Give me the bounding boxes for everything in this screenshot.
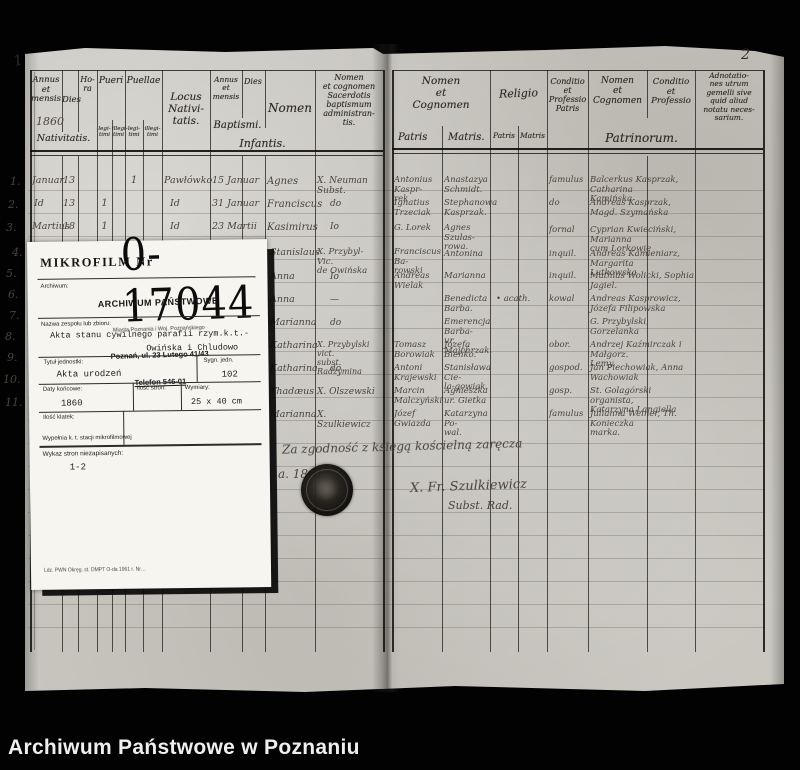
header-rule — [30, 150, 383, 152]
row-number: 8. — [5, 331, 16, 343]
header-patris: Patris — [398, 132, 427, 143]
header-rule — [30, 155, 383, 156]
column-line — [588, 70, 589, 652]
cell-locus: Id — [170, 199, 209, 210]
header-nativitatis: Nativitatis. — [30, 134, 97, 145]
cell-puella: 1 — [125, 175, 143, 186]
archive-caption: Archiwum Państwowe w Poznaniu — [8, 736, 360, 760]
cell-conditio: famulus — [549, 176, 587, 186]
header-adnotationes: Adnotatio- nes utrum gemelli sive quid a… — [695, 72, 763, 122]
microfilm-card: MIKROFILM Nr 0-17044 Archiwum: ARCHIWUM … — [27, 239, 271, 590]
cell-nomen: Marianna — [270, 410, 314, 421]
cell-mater: Marianna — [444, 272, 489, 282]
cell-pater: Tomasz Borowiak — [394, 341, 441, 360]
cell-pater: Antoni Krajewski — [394, 364, 441, 383]
column-line — [442, 126, 443, 652]
cell-mater: Antonina — [444, 250, 489, 260]
cell-mater: Anastazya Schmidt. — [444, 176, 489, 195]
header-annus-mensis: Annus et mensis — [30, 76, 62, 105]
cell-mensis: Januar — [32, 176, 62, 187]
cell-sacerdos: do — [330, 364, 380, 374]
cell-sacerdos: do — [330, 199, 380, 209]
header-illegitimi: illegi- timi — [143, 126, 162, 138]
header-nomen-cognomen: Nomen et Cognomen — [392, 76, 490, 111]
header-bapt-annus: Annus et mensis — [210, 76, 242, 101]
cell-nomen: Agnes — [267, 176, 314, 187]
header-conditio-patris: Conditio et Professio Patris — [547, 78, 588, 114]
cell-nomen: Katharina — [270, 364, 314, 375]
header-rel-matris: Matris — [520, 132, 545, 140]
column-line — [392, 70, 394, 652]
cell-dies: 18 — [63, 222, 78, 233]
header-locus: Locus Nativi- tatis. — [162, 92, 210, 127]
card-stamp-line: ARCHIWUM PAŃSTWOWE — [75, 295, 241, 310]
row-number: 5. — [6, 268, 17, 280]
row-number: 7. — [9, 310, 20, 322]
row-number: 3. — [6, 222, 17, 234]
header-nomen-cognomen-patrinorum: Nomen et Cognomen — [588, 76, 647, 106]
card-sygn-label: Sygn. jedn. — [203, 357, 233, 364]
column-line — [695, 70, 696, 652]
card-wymiary-label: Wymiary: — [185, 385, 210, 392]
row-number: 2. — [8, 199, 19, 211]
cell-pater: Ignatius Trzeciak — [394, 199, 441, 218]
cell-dies: 13 — [63, 199, 78, 210]
cell-mater: Benedicta Barba. — [444, 295, 489, 314]
header-pueri: Pueri — [97, 76, 125, 86]
cell-sacerdos: X. Neuman Subst. — [317, 176, 381, 196]
card-daty-label: Daty końcowe: — [43, 386, 82, 393]
row-number: 10. — [3, 374, 21, 386]
cell-pater: Józef Gwiazda — [394, 410, 441, 429]
cell-conditio: gosp. — [549, 387, 587, 397]
cell-nomen: Thadæus — [270, 387, 314, 398]
cell-conditio: inquil. — [549, 250, 587, 260]
header-dies: Dies — [62, 96, 81, 106]
cell-nomen: Stanislaus — [270, 248, 314, 259]
cell-nomen: Marianna — [270, 318, 314, 329]
column-line — [265, 70, 266, 128]
cell-mensis: Martius — [32, 222, 62, 233]
cell-baptismi: 15 Januar — [212, 176, 264, 187]
header-illegitimi: illegi- timi — [112, 126, 125, 138]
header-sacerdos: Nomen et cognomen Sacerdotis baptismum a… — [315, 74, 383, 128]
cell-patrini: Jan Piechowiak, Anna Wachowiak — [590, 364, 694, 383]
header-rule — [392, 153, 763, 154]
card-wykaz-value: 1-2 — [70, 462, 86, 473]
row-number: 6. — [8, 289, 19, 301]
table-top-rule — [30, 70, 383, 71]
cell-puer: 1 — [97, 221, 112, 232]
card-tytul-value: Akta urodzeń — [57, 369, 122, 380]
cell-sacerdos: Io — [330, 222, 380, 232]
cell-dies: 13 — [63, 176, 78, 187]
cell-nomen: Katharina — [270, 341, 314, 352]
header-nomen: Nomen — [265, 102, 315, 115]
column-line — [383, 70, 385, 652]
column-line — [547, 70, 548, 652]
column-line — [518, 126, 519, 652]
card-wypelnia-label: Wypełnia k. t. stacji mikrofilmowej — [42, 435, 131, 443]
archive-scan-viewer: 1 2 Annus et mensis 1860 Dies Ho- ra Nat… — [0, 0, 800, 770]
cell-conditio: obor. — [549, 341, 587, 351]
cell-mater: Katarzyna Po- wal. — [444, 410, 489, 439]
header-infantis: Infantis. — [210, 138, 315, 150]
cell-pater: Marcin Malczyński — [394, 387, 441, 406]
card-nazwa-label: Nazwa zespołu lub zbioru: — [41, 321, 111, 329]
cell-sacerdos: — — [330, 295, 380, 305]
card-tytul-label: Tytuł jednostki: — [43, 359, 83, 366]
cell-nomen: Franciscus — [267, 199, 314, 210]
card-ilosc-stron-label: Ilość stron: — [137, 385, 166, 392]
cell-religio: • acath. — [496, 295, 546, 305]
cell-mater: Józefa Bieńko. — [444, 341, 489, 360]
row-number: 4. — [12, 247, 23, 259]
row-number: 1. — [10, 176, 21, 188]
wax-seal — [301, 464, 353, 516]
cell-conditio: kowal — [549, 295, 587, 305]
column-line — [242, 70, 243, 118]
card-rule — [39, 409, 261, 413]
column-line — [490, 70, 491, 652]
cell-sacerdos: X. Szulkiewicz — [317, 410, 381, 430]
card-sygn-value: 102 — [222, 369, 238, 380]
cell-mensis: Id — [34, 199, 62, 210]
cell-conditio: gospod. — [549, 364, 587, 374]
cell-sacerdos: Io — [330, 272, 380, 282]
column-line — [315, 70, 316, 652]
header-conditio-patrinorum: Conditio et Professio — [647, 78, 695, 107]
header-rel-patris: Patris — [493, 132, 515, 140]
header-hora: Ho- ra — [78, 76, 97, 94]
cell-mater: Agnieszka ur. Gietka — [444, 387, 489, 406]
cell-conditio: fornal — [549, 226, 587, 236]
header-baptismi: Baptismi. — [210, 120, 265, 131]
header-bapt-dies: Dies — [244, 78, 262, 87]
header-legitimi: legi- timi — [97, 126, 112, 138]
cell-nomen: Anna — [270, 272, 314, 283]
cell-patrini: Andreas Kasprowicz, Józefa Filipowska — [590, 295, 694, 314]
cell-pater: Andreas Wielak — [394, 272, 441, 291]
header-matris: Matris. — [448, 132, 485, 143]
cell-patrini: Julianna Weiner, Th. Konieczka marka. — [590, 410, 694, 439]
header-religio: Religio — [490, 87, 547, 101]
margin-mark: 1 — [12, 53, 24, 70]
header-year-handwritten: 1860 — [36, 116, 64, 128]
row-number: 9. — [7, 352, 18, 364]
cell-locus: Pawłówko — [164, 176, 209, 187]
card-nazwa-value2: Owińska i Chludowo — [146, 343, 238, 354]
table-top-rule — [392, 70, 763, 71]
card-daty-value: 1860 — [61, 398, 83, 409]
cell-nomen: Anna — [270, 295, 314, 306]
cell-nomen: Kasimirus — [267, 222, 314, 233]
page-number: 2 — [741, 48, 750, 64]
card-ilosc-klatek-label: Ilość klatek: — [43, 414, 74, 421]
cell-sacerdos: do — [330, 318, 380, 328]
cell-baptismi: 31 Januar — [212, 199, 264, 210]
header-rule — [392, 148, 763, 150]
cell-pater: G. Lorek — [394, 224, 441, 234]
cell-patrini: G. Przybylski, Gorzelanka — [590, 318, 694, 337]
row-number: 11. — [5, 397, 23, 409]
cell-conditio: famulus — [549, 410, 587, 420]
certification-signature-title: Subst. Rad. — [448, 500, 512, 512]
card-rule — [39, 443, 261, 448]
cell-sacerdos: X. Olszewski — [317, 387, 381, 397]
card-wymiary-value: 25 x 40 cm — [191, 397, 242, 407]
cell-patrini: Andreas Kasprzak, Magd. Szymańska — [590, 199, 694, 218]
header-legitimi: legi- timi — [125, 126, 143, 138]
cell-puer: 1 — [97, 198, 112, 209]
card-archiwum-label: Archiwum: — [41, 283, 69, 290]
cell-mater: Stephanowa Kasprzak. — [444, 199, 489, 218]
card-wykaz-label: Wykaz stron niezapisanych: — [43, 450, 124, 458]
column-line — [763, 70, 765, 652]
header-puellae: Puellae — [125, 76, 162, 86]
header-patrinorum: Patrinorum. — [588, 132, 695, 145]
cell-conditio: inquil. — [549, 272, 587, 282]
cell-patrini: Mathias Wolicki, Sophia Jagiel. — [590, 272, 694, 291]
cell-conditio: do — [549, 199, 587, 209]
card-print-note: Ldz. PWN Okręg. st. DMPT O-da 1961 r. Nr… — [44, 568, 146, 575]
